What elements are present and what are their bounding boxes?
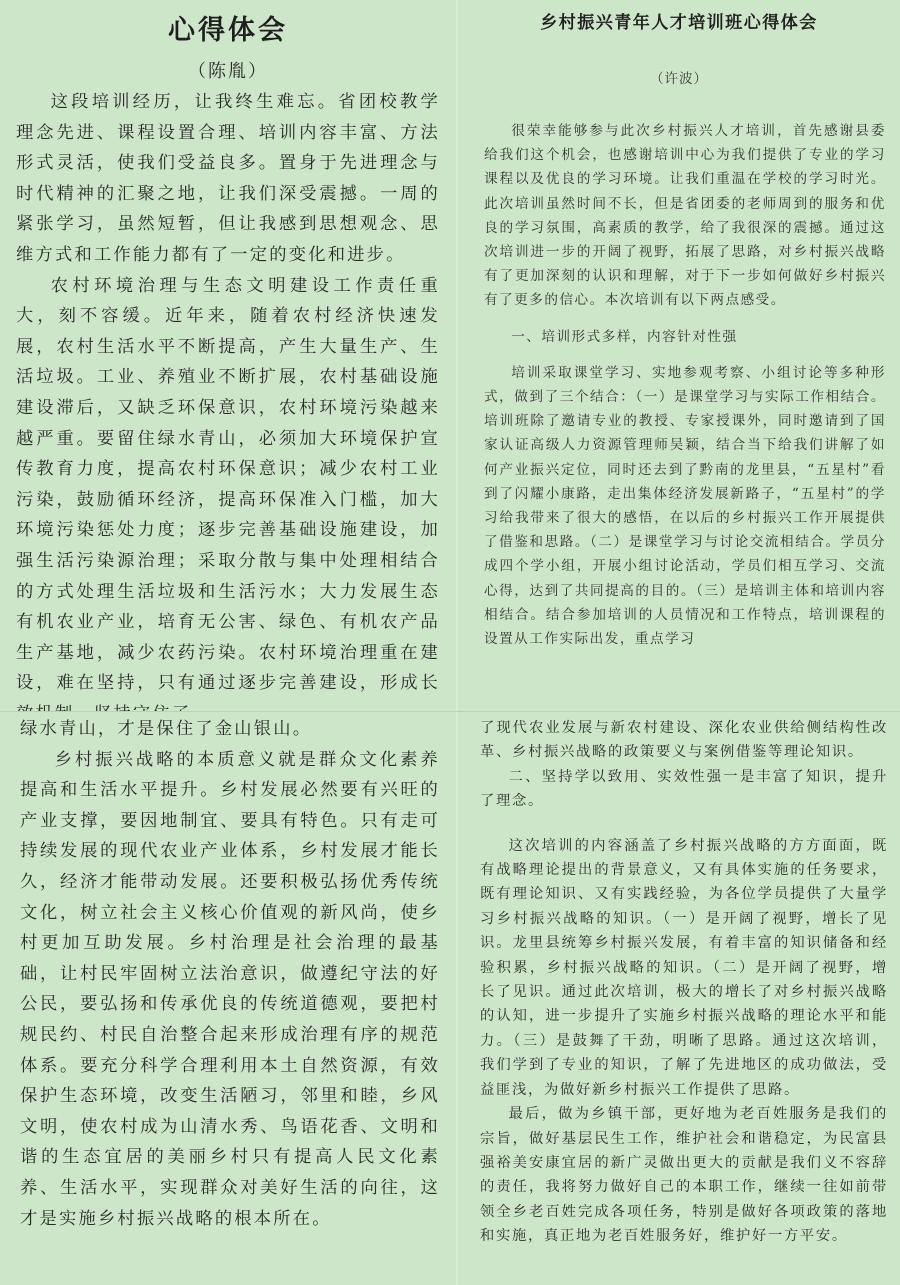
right-article-title: 乡村振兴青年人才培训班心得体会 — [458, 8, 900, 33]
right-article-bottom-panel: 了现代农业发展与新农村建设、深化农业供给侧结构性改革、乡村振兴战略的政策要义与案… — [458, 712, 900, 1285]
left-article-title: 心得体会 — [0, 8, 456, 47]
right-article-body-top: 很荣幸能够参与此次乡村振兴人才培训，首先感谢县委给我们这个机会，也感谢培训中心为… — [458, 119, 900, 651]
paragraph: 农村环境治理与生态文明建设工作责任重大，刻不容缓。近年来，随着农村经济快速发展，… — [16, 271, 440, 712]
left-article-body-top: 这段培训经历，让我终生难忘。省团校教学理念先进、课程设置合理、培训内容丰富、方法… — [0, 87, 456, 712]
paragraph-closing: 最后，做为乡镇干部，更好地为老百姓服务是我们的宗旨，做好基层民生工作，维护社会和… — [480, 1102, 888, 1248]
left-article-body-bottom: 绿水青山，才是保住了金山银山。 乡村振兴战略的本质意义就是群众文化素养提高和生活… — [0, 712, 456, 1234]
paragraph-intro: 很荣幸能够参与此次乡村振兴人才培训，首先感谢县委给我们这个机会，也感谢培训中心为… — [484, 119, 886, 313]
paragraph: 这段培训经历，让我终生难忘。省团校教学理念先进、课程设置合理、培训内容丰富、方法… — [16, 87, 440, 271]
section-heading-1: 一、培训形式多样，内容针对性强 — [484, 325, 886, 349]
paragraph-section-2: 这次培训的内容涵盖了乡村振兴战略的方方面面，既有战略理论提出的背景意义，又有具体… — [480, 834, 888, 1102]
paragraph: 乡村振兴战略的本质意义就是群众文化素养提高和生活水平提升。乡村发展必然要有兴旺的… — [20, 745, 440, 1235]
left-article-top-panel: 心得体会 （陈胤） 这段培训经历，让我终生难忘。省团校教学理念先进、课程设置合理… — [0, 0, 456, 712]
left-article-author: （陈胤） — [0, 57, 456, 83]
right-article-author: （许波） — [458, 67, 900, 87]
paragraph-continuation: 绿水青山，才是保住了金山银山。 — [20, 714, 440, 745]
paragraph-section-1: 培训采取课堂学习、实地参观考察、小组讨论等多种形式，做到了三个结合：（一）是课堂… — [484, 361, 886, 651]
left-article-bottom-panel: 绿水青山，才是保住了金山银山。 乡村振兴战略的本质意义就是群众文化素养提高和生活… — [0, 712, 456, 1285]
section-heading-2: 二、坚持学以致用、实效性强一是丰富了知识，提升了理念。 — [480, 765, 888, 814]
right-article-top-panel: 乡村振兴青年人才培训班心得体会 （许波） 很荣幸能够参与此次乡村振兴人才培训，首… — [458, 0, 900, 712]
right-article-body-bottom: 了现代农业发展与新农村建设、深化农业供给侧结构性改革、乡村振兴战略的政策要义与案… — [458, 712, 900, 1249]
paragraph-continuation: 了现代农业发展与新农村建设、深化农业供给侧结构性改革、乡村振兴战略的政策要义与案… — [480, 716, 888, 765]
